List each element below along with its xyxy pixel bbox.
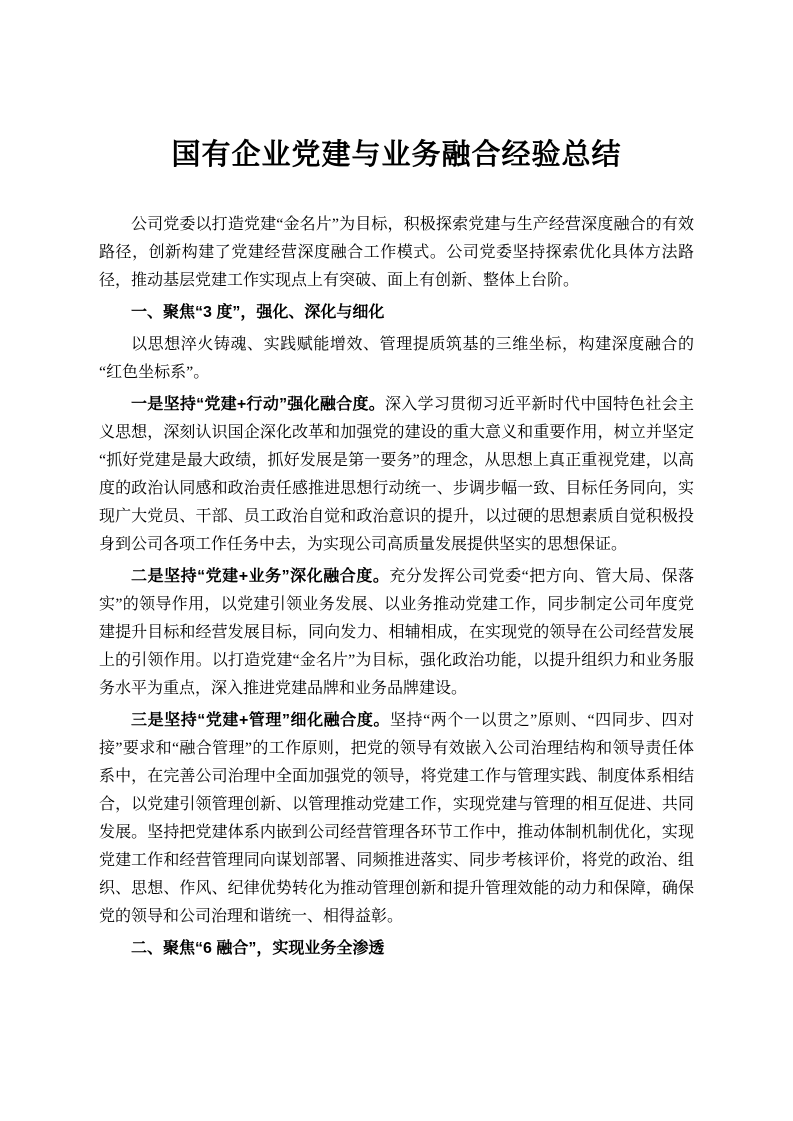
point-1-lead: 一是坚持“党建+行动”强化融合度。 (131, 396, 385, 413)
point-3-text: 坚持“两个一以贯之”原则、“四同步、四对接”要求和“融合管理”的工作原则，把党的… (99, 712, 694, 925)
document-title: 国有企业党建与业务融合经验总结 (99, 133, 694, 177)
point-2-lead: 二是坚持“党建+业务”深化融合度。 (131, 568, 389, 585)
point-3-paragraph: 三是坚持“党建+管理”细化融合度。坚持“两个一以贯之”原则、“四同步、四对接”要… (99, 707, 694, 931)
point-2-text: 充分发挥公司党委“把方向、管大局、保落实”的领导作用，以党建引领业务发展、以业务… (99, 568, 694, 697)
section-1-heading: 一、聚焦“3 度”，强化、深化与细化 (99, 299, 694, 327)
intro-paragraph: 公司党委以打造党建“金名片”为目标，积极探索党建与生产经营深度融合的有效路径，创… (99, 211, 694, 295)
section-2-heading: 二、聚焦“6 融合”，实现业务全渗透 (99, 935, 694, 963)
point-1-text: 深入学习贯彻习近平新时代中国特色社会主义思想，深刻认识国企深化改革和加强党的建设… (99, 396, 694, 553)
section-1-overview: 以思想淬火铸魂、实践赋能增效、管理提质筑基的三维坐标，构建深度融合的“红色坐标系… (99, 331, 694, 387)
document-page: 国有企业党建与业务融合经验总结 公司党委以打造党建“金名片”为目标，积极探索党建… (0, 0, 793, 1121)
point-3-lead: 三是坚持“党建+管理”细化融合度。 (131, 712, 390, 729)
point-2-paragraph: 二是坚持“党建+业务”深化融合度。充分发挥公司党委“把方向、管大局、保落实”的领… (99, 563, 694, 703)
point-1-paragraph: 一是坚持“党建+行动”强化融合度。深入学习贯彻习近平新时代中国特色社会主义思想，… (99, 391, 694, 559)
